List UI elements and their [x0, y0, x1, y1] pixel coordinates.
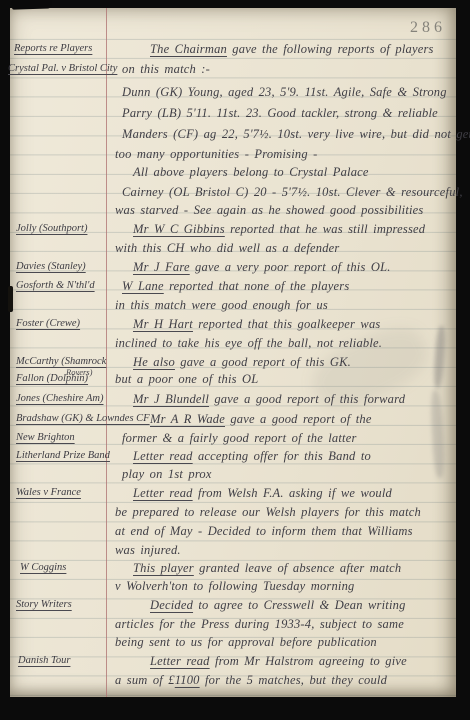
minute-line: be prepared to release our Welsh players…	[10, 505, 456, 524]
entry-text: Letter read from Mr Halstrom agreeing to…	[150, 654, 407, 669]
entry-text: articles for the Press during 1933-4, su…	[115, 617, 404, 632]
minute-line: a sum of £1100 for the 5 matches, but th…	[10, 673, 456, 692]
minute-line: Wales v FranceLetter read from Welsh F.A…	[10, 486, 456, 505]
margin-heading: Jolly (Southport)	[16, 223, 87, 234]
entry-text: but a poor one of this OL	[115, 372, 258, 387]
entry-text: play on 1st prox	[122, 467, 212, 482]
entry-text: Mr A R Wade gave a good report of the	[150, 412, 372, 427]
entry-text: The Chairman gave the following reports …	[150, 42, 434, 57]
photo-corner-artifact	[12, 0, 52, 10]
entry-text: All above players belong to Crystal Pala…	[133, 165, 369, 180]
entry-text: Decided to agree to Cresswell & Dean wri…	[150, 598, 406, 613]
minute-line: at end of May - Decided to inform them t…	[10, 524, 456, 543]
minute-line: Crystal Pal. v Bristol Cityon this match…	[10, 62, 456, 81]
minute-line: Gosforth & N'thl'dW Lane reported that n…	[10, 279, 456, 298]
minute-line: v Wolverh'ton to following Tuesday morni…	[10, 579, 456, 598]
minute-line: too many opportunities - Promising -	[10, 147, 456, 166]
entry-text: He also gave a good report of this GK.	[133, 355, 351, 370]
minute-line: Litherland Prize BandLetter read accepti…	[10, 449, 456, 468]
minute-line: All above players belong to Crystal Pala…	[10, 165, 456, 184]
minute-line: Dunn (GK) Young, aged 23, 5'9. 11st. Agi…	[10, 85, 456, 104]
minute-line: Foster (Crewe)Mr H Hart reported that th…	[10, 317, 456, 336]
entry-text: former & a fairly good report of the lat…	[122, 431, 357, 446]
entry-text: Mr H Hart reported that this goalkeeper …	[133, 317, 380, 332]
entry-text: W Lane reported that none of the players	[122, 279, 349, 294]
entry-text: Cairney (OL Bristol C) 20 - 5'7½. 10st. …	[122, 185, 463, 200]
entry-text: was starved - See again as he showed goo…	[115, 203, 424, 218]
entry-text: too many opportunities - Promising -	[115, 147, 318, 162]
entry-text: This player granted leave of absence aft…	[133, 561, 401, 576]
minute-line: New Brightonformer & a fairly good repor…	[10, 431, 456, 450]
minute-line: Fallon (Dolphin)but a poor one of this O…	[10, 372, 456, 391]
minute-line: Danish TourLetter read from Mr Halstrom …	[10, 654, 456, 673]
photo-background: 286 Reports re PlayersThe Chairman gave …	[0, 0, 470, 720]
entry-text: Letter read accepting offer for this Ban…	[133, 449, 371, 464]
minute-line: Manders (CF) ag 22, 5'7½. 10st. very liv…	[10, 127, 456, 146]
margin-heading: Danish Tour	[18, 655, 70, 666]
minute-line: Bradshaw (GK) & Lowndes CFMr A R Wade ga…	[10, 412, 456, 431]
margin-heading: W Coggins	[20, 562, 66, 573]
entry-text: be prepared to release our Welsh players…	[115, 505, 421, 520]
margin-heading: Crystal Pal. v Bristol City	[8, 63, 117, 74]
margin-heading: Davies (Stanley)	[16, 261, 86, 272]
margin-heading: Litherland Prize Band	[16, 450, 110, 461]
entry-text: Mr J Fare gave a very poor report of thi…	[133, 260, 391, 275]
minute-entries: Reports re PlayersThe Chairman gave the …	[10, 8, 456, 697]
entry-text: was injured.	[115, 543, 181, 558]
minute-line: Jolly (Southport)Mr W C Gibbins reported…	[10, 222, 456, 241]
margin-heading: New Brighton	[16, 432, 75, 443]
margin-heading: Bradshaw (GK) & Lowndes CF	[16, 413, 150, 424]
minute-line: was starved - See again as he showed goo…	[10, 203, 456, 222]
minute-line: W CogginsThis player granted leave of ab…	[10, 561, 456, 580]
entry-text: a sum of £1100 for the 5 matches, but th…	[115, 673, 387, 688]
entry-text: on this match :-	[122, 62, 210, 77]
minute-line: Parry (LB) 5'11. 11st. 23. Good tackler,…	[10, 106, 456, 125]
minute-line: Davies (Stanley)Mr J Fare gave a very po…	[10, 260, 456, 279]
binding-edge-mark	[8, 286, 13, 312]
minute-line: Story WritersDecided to agree to Cresswe…	[10, 598, 456, 617]
minute-line: in this match were good enough for us	[10, 298, 456, 317]
minute-line: inclined to take his eye off the ball, n…	[10, 336, 456, 355]
entry-text: Letter read from Welsh F.A. asking if we…	[133, 486, 392, 501]
margin-heading: Foster (Crewe)	[16, 318, 80, 329]
margin-heading: Jones (Cheshire Am)	[16, 393, 103, 404]
entry-text: Mr W C Gibbins reported that he was stil…	[133, 222, 425, 237]
minute-line: articles for the Press during 1933-4, su…	[10, 617, 456, 636]
entry-text: at end of May - Decided to inform them t…	[115, 524, 413, 539]
minute-line: was injured.	[10, 543, 456, 562]
entry-text: Mr J Blundell gave a good report of this…	[133, 392, 405, 407]
minute-line: with this CH who did well as a defender	[10, 241, 456, 260]
margin-heading: Gosforth & N'thl'd	[16, 280, 95, 291]
entry-text: in this match were good enough for us	[115, 298, 328, 313]
entry-text: Manders (CF) ag 22, 5'7½. 10st. very liv…	[122, 127, 470, 142]
ledger-paper: 286 Reports re PlayersThe Chairman gave …	[10, 8, 456, 697]
entry-text: with this CH who did well as a defender	[115, 241, 340, 256]
entry-text: being sent to us for approval before pub…	[115, 635, 377, 650]
entry-text: inclined to take his eye off the ball, n…	[115, 336, 382, 351]
margin-heading: Reports re Players	[14, 43, 92, 54]
minute-line: Jones (Cheshire Am)Mr J Blundell gave a …	[10, 392, 456, 411]
margin-heading: Wales v France	[16, 487, 81, 498]
entry-text: Dunn (GK) Young, aged 23, 5'9. 11st. Agi…	[122, 85, 447, 100]
minute-line: Reports re PlayersThe Chairman gave the …	[10, 42, 456, 61]
minute-line: play on 1st prox	[10, 467, 456, 486]
margin-heading: Fallon (Dolphin)	[16, 373, 88, 384]
entry-text: v Wolverh'ton to following Tuesday morni…	[115, 579, 354, 594]
minute-line: being sent to us for approval before pub…	[10, 635, 456, 654]
margin-heading: McCarthy (Shamrock	[16, 356, 106, 367]
minute-line: Cairney (OL Bristol C) 20 - 5'7½. 10st. …	[10, 185, 456, 204]
margin-heading: Story Writers	[16, 599, 72, 610]
entry-text: Parry (LB) 5'11. 11st. 23. Good tackler,…	[122, 106, 438, 121]
